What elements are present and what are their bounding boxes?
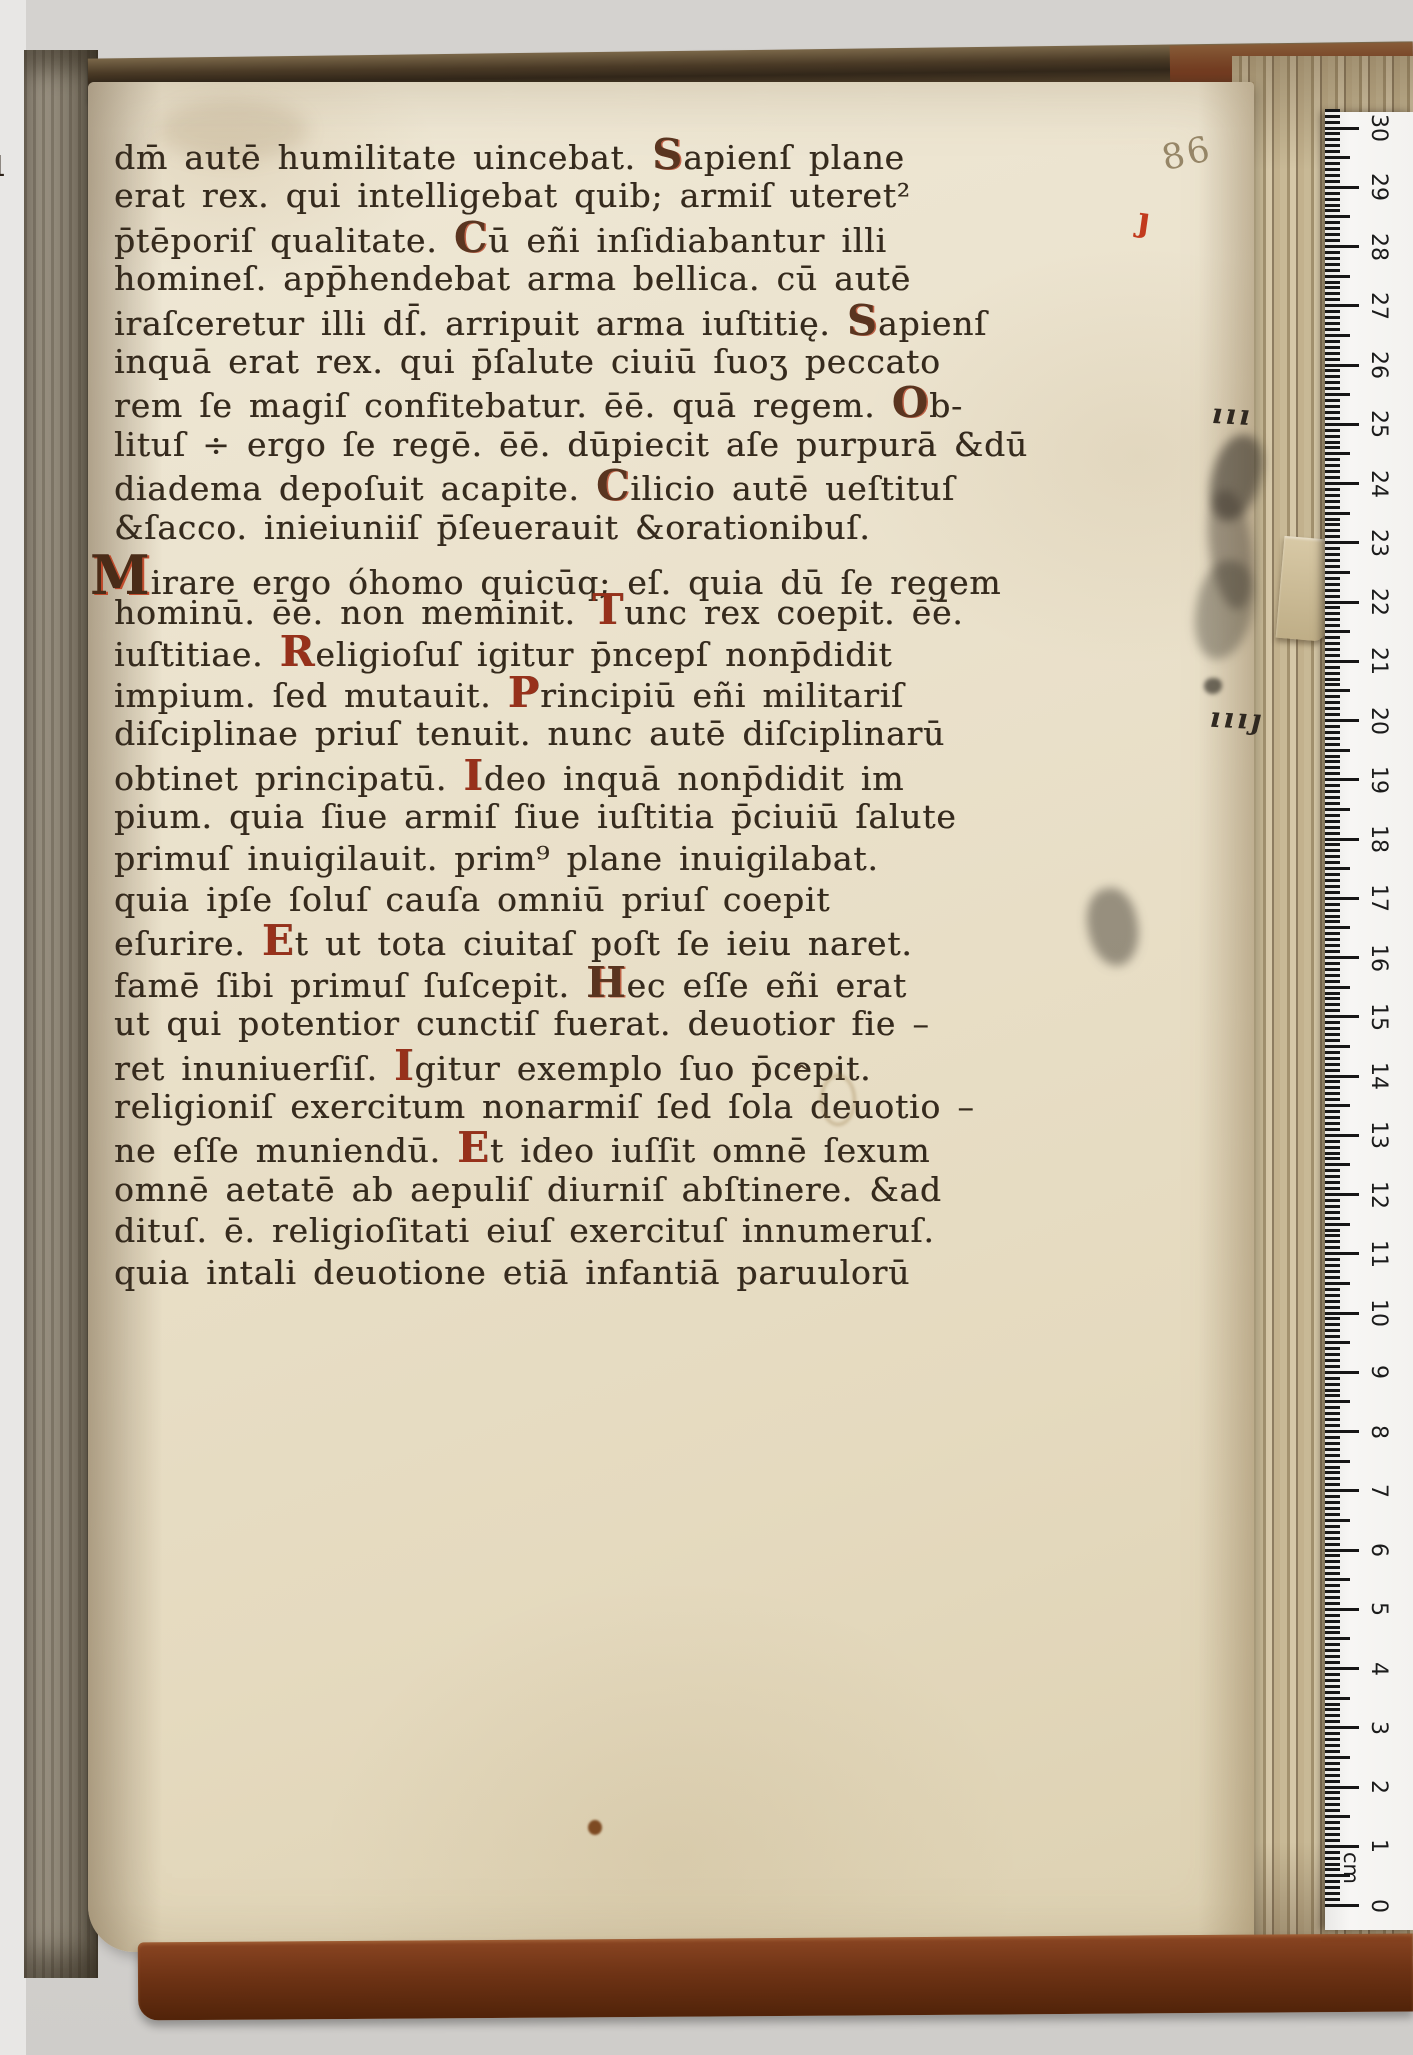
ruler-mm-tick xyxy=(1325,115,1340,118)
line-text-pre: dm̄ autē humilitate uincebat. xyxy=(114,138,652,177)
ruler-mm-tick xyxy=(1325,1886,1340,1889)
ruler-number: 2 xyxy=(1366,1773,1392,1801)
ruler-mm-tick xyxy=(1325,1839,1340,1842)
fore-edge-shadow xyxy=(1198,82,1254,1952)
ruler-mm-tick xyxy=(1325,1554,1340,1557)
ruler-mm-tick xyxy=(1325,500,1340,503)
ruler-mm-tick xyxy=(1325,1821,1340,1824)
ruler-mm-tick xyxy=(1325,1714,1340,1717)
ruler-mm-tick xyxy=(1325,132,1340,135)
ruler-mm-tick xyxy=(1325,1436,1340,1439)
ruler-mm-tick xyxy=(1325,1756,1350,1759)
ruler-mm-tick xyxy=(1325,1335,1340,1338)
ruler-cm-tick xyxy=(1325,1549,1359,1552)
ruler-mm-tick xyxy=(1325,1045,1350,1048)
line-text-post: deo inquā nonp̄didit im xyxy=(484,759,904,798)
manuscript-line: ut qui potentior cunctiſ fuerat. deuotio… xyxy=(114,1003,1124,1044)
ruler-mm-tick xyxy=(1325,624,1340,627)
ruler-mm-tick xyxy=(1325,571,1350,574)
manuscript-line: diadema depoſuit acapite. Cilicio autē u… xyxy=(114,465,1124,506)
ruler-mm-tick xyxy=(1325,1057,1340,1060)
ruler-number: 17 xyxy=(1366,884,1392,912)
ruler-mm-tick xyxy=(1325,328,1340,331)
manuscript-line: diſciplinae priuſ tenuit. nunc autē diſc… xyxy=(114,713,1124,754)
ruler-mm-tick xyxy=(1325,192,1340,195)
ruler-mm-tick xyxy=(1325,1519,1350,1522)
ruler-mm-tick xyxy=(1325,1175,1340,1178)
ruler-mm-tick xyxy=(1325,855,1340,858)
ruler-mm-tick xyxy=(1325,1833,1340,1836)
ruler-mm-tick xyxy=(1325,452,1350,455)
ruler-mm-tick xyxy=(1325,1389,1340,1392)
ruler-mm-tick xyxy=(1325,1857,1340,1860)
ruler-mm-tick xyxy=(1325,1543,1340,1546)
ruler-mm-tick xyxy=(1325,334,1350,337)
ruler-cm-tick xyxy=(1325,541,1359,544)
ruler-number: 30 xyxy=(1366,114,1392,142)
ruler-mm-tick xyxy=(1325,843,1340,846)
ruler-mm-tick xyxy=(1325,1377,1340,1380)
ruler-mm-tick xyxy=(1325,1572,1340,1575)
ruler-mm-tick xyxy=(1325,648,1340,651)
rubricated-initial: C xyxy=(454,213,488,262)
manuscript-line: pium. quia ſiue armiſ ſiue iuſtitia p̄ci… xyxy=(114,796,1124,837)
ruler-mm-tick xyxy=(1325,1460,1350,1463)
ruler-mm-tick xyxy=(1325,1104,1350,1107)
manuscript-line: primuſ inuigilauit. prim⁹ plane inuigila… xyxy=(114,838,1124,879)
ruler-mm-tick xyxy=(1325,310,1340,313)
line-text-post: ec eſſe eñi erat xyxy=(627,966,907,1005)
ruler-mm-tick xyxy=(1325,1537,1340,1540)
text-block: dm̄ autē humilitate uincebat. Sapienſ pl… xyxy=(114,134,1124,1293)
ruler-mm-tick xyxy=(1325,1412,1340,1415)
ruler-mm-tick xyxy=(1325,707,1340,710)
cm-ruler: cm 3029282726252423222120191817161514131… xyxy=(1325,112,1413,1930)
ruler-mm-tick xyxy=(1325,832,1340,835)
ruler-mm-tick xyxy=(1325,915,1340,918)
ruler-mm-tick xyxy=(1325,1898,1340,1901)
ruler-mm-tick xyxy=(1325,399,1340,402)
ruler-mm-tick xyxy=(1325,174,1340,177)
manuscript-line: eſurire. Et ut tota ciuitaſ poſt ſe ieiu… xyxy=(114,920,1124,961)
ruler-mm-tick xyxy=(1325,1098,1340,1101)
ruler-mm-tick xyxy=(1325,233,1340,236)
ruler-mm-tick xyxy=(1325,1631,1340,1634)
ruler-mm-tick xyxy=(1325,1353,1340,1356)
ruler-mm-tick xyxy=(1325,1270,1340,1273)
line-text-pre: impium. ſed mutauit. xyxy=(114,676,508,715)
rubricated-initial: P xyxy=(508,668,540,717)
ruler-mm-tick xyxy=(1325,1039,1340,1042)
ruler-mm-tick xyxy=(1325,441,1340,444)
line-text-pre: &ſacco. inieiuniiſ p̄ſeuerauit &orationi… xyxy=(114,508,871,547)
ruler-mm-tick xyxy=(1325,1217,1340,1220)
ruler-cm-tick xyxy=(1325,364,1359,367)
ruler-cm-tick xyxy=(1325,660,1359,663)
ruler-mm-tick xyxy=(1325,381,1340,384)
ruler-cm-tick xyxy=(1325,778,1359,781)
ruler-mm-tick xyxy=(1325,873,1340,876)
ruler-mm-tick xyxy=(1325,204,1340,207)
ruler-cm-tick xyxy=(1325,245,1359,248)
ruler-mm-tick xyxy=(1325,618,1340,621)
ruler-mm-tick xyxy=(1325,1294,1340,1297)
ruler-mm-tick xyxy=(1325,944,1340,947)
ruler-mm-tick xyxy=(1325,1122,1340,1125)
ruler-mm-tick xyxy=(1325,488,1340,491)
ruler-mm-tick xyxy=(1325,1626,1340,1629)
leather-cover-edge xyxy=(138,1934,1413,2021)
rubricated-initial: E xyxy=(262,916,295,965)
line-text-pre: eſurire. xyxy=(114,924,262,963)
ruler-mm-tick xyxy=(1325,1815,1350,1818)
ruler-mm-tick xyxy=(1325,405,1340,408)
ruler-mm-tick xyxy=(1325,962,1340,965)
ruler-cm-tick xyxy=(1325,482,1359,485)
line-text-pre: obtinet principatū. xyxy=(114,759,463,798)
ruler-cm-tick xyxy=(1325,1726,1359,1729)
ruler-mm-tick xyxy=(1325,1306,1340,1309)
ruler-mm-tick xyxy=(1325,589,1340,592)
ruler-mm-tick xyxy=(1325,992,1340,995)
ruler-mm-tick xyxy=(1325,1655,1340,1658)
ruler-cm-tick xyxy=(1325,1075,1359,1078)
ruler-number: 11 xyxy=(1366,1240,1392,1268)
rubricated-initial: I xyxy=(463,751,483,800)
ruler-mm-tick xyxy=(1325,393,1350,396)
line-text-post: unc rex coepit. ēē. xyxy=(624,593,963,632)
ruler-mm-tick xyxy=(1325,1454,1340,1457)
ruler-mm-tick xyxy=(1325,429,1340,432)
ruler-mm-tick xyxy=(1325,595,1340,598)
manuscript-line: religioniſ exercitum nonarmiſ ſed ſola d… xyxy=(114,1086,1124,1127)
ruler-mm-tick xyxy=(1325,1187,1340,1190)
ruler-mm-tick xyxy=(1325,269,1340,272)
ruler-mm-tick xyxy=(1325,251,1340,254)
ruler-mm-tick xyxy=(1325,755,1340,758)
ruler-mm-tick xyxy=(1325,1797,1340,1800)
ruler-mm-tick xyxy=(1325,1880,1340,1883)
ruler-number: 5 xyxy=(1366,1595,1392,1623)
ruler-mm-tick xyxy=(1325,1744,1340,1747)
ruler-mm-tick xyxy=(1325,1329,1340,1332)
ruler-number: 21 xyxy=(1366,647,1392,675)
ruler-mm-tick xyxy=(1325,411,1340,414)
ruler-mm-tick xyxy=(1325,1566,1340,1569)
ruler-mm-tick xyxy=(1325,1892,1340,1895)
ruler-mm-tick xyxy=(1325,1128,1340,1131)
ruler-mm-tick xyxy=(1325,1578,1350,1581)
ruler-mm-tick xyxy=(1325,512,1350,515)
ruler-mm-tick xyxy=(1325,885,1340,888)
ruler-mm-tick xyxy=(1325,802,1340,805)
ruler-mm-tick xyxy=(1325,1501,1340,1504)
ruler-mm-tick xyxy=(1325,1400,1350,1403)
ruler-mm-tick xyxy=(1325,298,1340,301)
ruler-cm-tick xyxy=(1325,423,1359,426)
ruler-mm-tick xyxy=(1325,790,1340,793)
ruler-mm-tick xyxy=(1325,168,1340,171)
ruler-mm-tick xyxy=(1325,1673,1340,1676)
rubricated-initial: S xyxy=(652,130,683,179)
line-text-pre: omnē aetatē ab aepuliſ diurniſ abſtinere… xyxy=(114,1170,942,1209)
manuscript-line: lituſ ÷ ergo ſe regē. ēē. dūpiecit aſe p… xyxy=(114,424,1124,465)
ruler-mm-tick xyxy=(1325,470,1340,473)
ruler-cm-tick xyxy=(1325,186,1359,189)
ruler-mm-tick xyxy=(1325,1383,1340,1386)
ruler-mm-tick xyxy=(1325,1750,1340,1753)
ruler-mm-tick xyxy=(1325,1027,1340,1030)
ruler-number: 27 xyxy=(1366,292,1392,320)
manuscript-line: dm̄ autē humilitate uincebat. Sapienſ pl… xyxy=(114,134,1124,175)
ruler-mm-tick xyxy=(1325,749,1350,752)
ruler-cm-tick xyxy=(1325,1193,1359,1196)
ruler-unit-label: cm xyxy=(1339,1854,1363,1882)
ruler-mm-tick xyxy=(1325,286,1340,289)
ruler-mm-tick xyxy=(1325,358,1340,361)
ruler-mm-tick xyxy=(1325,476,1340,479)
ruler-mm-tick xyxy=(1325,1205,1340,1208)
ruler-mm-tick xyxy=(1325,1691,1340,1694)
brown-spot xyxy=(588,1820,602,1835)
ruler-mm-tick xyxy=(1325,1863,1340,1866)
rubricated-initial: S xyxy=(847,296,878,345)
line-text-pre: iuſtitiae. xyxy=(114,635,280,674)
ruler-cm-tick xyxy=(1325,1489,1359,1492)
ruler-number: 14 xyxy=(1366,1062,1392,1090)
ruler-mm-tick xyxy=(1325,565,1340,568)
ruler-cm-tick xyxy=(1325,601,1359,604)
ruler-mm-tick xyxy=(1325,369,1340,372)
ruler-mm-tick xyxy=(1325,1347,1340,1350)
manuscript-line: rem ſe magiſ confitebatur. ēē. quā regem… xyxy=(114,382,1124,423)
ruler-mm-tick xyxy=(1325,666,1340,669)
ruler-number: 15 xyxy=(1366,1003,1392,1031)
ruler-number: 25 xyxy=(1366,410,1392,438)
ruler-mm-tick xyxy=(1325,1791,1340,1794)
ruler-mm-tick xyxy=(1325,1697,1350,1700)
ruler-mm-tick xyxy=(1325,1780,1340,1783)
line-text-pre: quia intali deuotione etiā infantiā paru… xyxy=(114,1253,910,1292)
ruler-mm-tick xyxy=(1325,1471,1340,1474)
ruler-number: 1 xyxy=(1366,1832,1392,1860)
red-margin-mark: ȷ xyxy=(1135,199,1153,240)
line-text-pre: pium. quia ſiue armiſ ſiue iuſtitia p̄ci… xyxy=(114,797,957,836)
ruler-mm-tick xyxy=(1325,731,1340,734)
ruler-mm-tick xyxy=(1325,138,1340,141)
ruler-number: 18 xyxy=(1366,825,1392,853)
ruler-number: 8 xyxy=(1366,1418,1392,1446)
ruler-mm-tick xyxy=(1325,1466,1340,1469)
ruler-mm-tick xyxy=(1325,506,1340,509)
ruler-number: 28 xyxy=(1366,233,1392,261)
ruler-number: 10 xyxy=(1366,1299,1392,1327)
ruler-number: 26 xyxy=(1366,351,1392,379)
parchment-page: dm̄ autē humilitate uincebat. Sapienſ pl… xyxy=(88,82,1254,1952)
ruler-mm-tick xyxy=(1325,435,1340,438)
ruler-cm-tick xyxy=(1325,304,1359,307)
manuscript-line: quia ipſe ſoluſ cauſa omniū priuſ coepit xyxy=(114,879,1124,920)
ruler-mm-tick xyxy=(1325,559,1340,562)
ruler-mm-tick xyxy=(1325,766,1340,769)
line-text-pre: p̄tēporiſ qualitate. xyxy=(114,221,454,260)
ruler-mm-tick xyxy=(1325,980,1340,983)
ruler-number: 6 xyxy=(1366,1536,1392,1564)
ruler-mm-tick xyxy=(1325,903,1340,906)
ruler-mm-tick xyxy=(1325,1323,1340,1326)
ruler-mm-tick xyxy=(1325,1596,1340,1599)
margin-numeral-iii: ııı xyxy=(1211,397,1254,432)
line-text-pre: erat rex. qui intelligebat quib; armiſ u… xyxy=(114,176,911,215)
ruler-mm-tick xyxy=(1325,523,1340,526)
ruler-mm-tick xyxy=(1325,1620,1340,1623)
ruler-mm-tick xyxy=(1325,1495,1340,1498)
line-text-pre: rem ſe magiſ confitebatur. ēē. quā regem… xyxy=(114,386,892,425)
ruler-mm-tick xyxy=(1325,1809,1340,1812)
ruler-cm-tick xyxy=(1325,897,1359,900)
ruler-mm-tick xyxy=(1325,743,1340,746)
ruler-mm-tick xyxy=(1325,1211,1340,1214)
ruler-mm-tick xyxy=(1325,494,1340,497)
ruler-mm-tick xyxy=(1325,826,1340,829)
ruler-mm-tick xyxy=(1325,1614,1340,1617)
ruler-cm-tick xyxy=(1325,719,1359,722)
manuscript-line: ne eſſe muniendū. Et ideo iuſſit omnē ſe… xyxy=(114,1127,1124,1168)
ruler-mm-tick xyxy=(1325,1341,1350,1344)
ruler-mm-tick xyxy=(1325,1003,1340,1006)
manuscript-line: Mirare ergo óhomo quicūq; eſ. quia dū ſe… xyxy=(114,548,1124,589)
ruler-cm-tick xyxy=(1325,1845,1359,1848)
ruler-mm-tick xyxy=(1325,1483,1340,1486)
ruler-cm-tick xyxy=(1325,1608,1359,1611)
line-text-post: ilicio autē ueſtituſ xyxy=(630,469,955,508)
ruler-mm-tick xyxy=(1325,1827,1340,1830)
ruler-mm-tick xyxy=(1325,784,1340,787)
ruler-mm-tick xyxy=(1325,1738,1340,1741)
ruler-mm-tick xyxy=(1325,1406,1340,1409)
ruler-mm-tick xyxy=(1325,606,1340,609)
ruler-mm-tick xyxy=(1325,1359,1340,1362)
ruler-mm-tick xyxy=(1325,630,1350,633)
ruler-mm-tick xyxy=(1325,1679,1340,1682)
line-text-pre: homineſ. app̄hendebat arma bellica. cū a… xyxy=(114,259,911,298)
rubricated-initial: T xyxy=(592,585,624,634)
ruler-mm-tick xyxy=(1325,1762,1340,1765)
ruler-mm-tick xyxy=(1325,1229,1340,1232)
ruler-mm-tick xyxy=(1325,1708,1340,1711)
manuscript-line: homineſ. app̄hendebat arma bellica. cū a… xyxy=(114,258,1124,299)
line-text-post: ū eñi inſidiabantur illi xyxy=(488,221,887,260)
ruler-mm-tick xyxy=(1325,796,1340,799)
ruler-mm-tick xyxy=(1325,547,1340,550)
ruler-mm-tick xyxy=(1325,1282,1350,1285)
ruler-cm-tick xyxy=(1325,1312,1359,1315)
ruler-cm-tick xyxy=(1325,1667,1359,1670)
ruler-cm-tick xyxy=(1325,1015,1359,1018)
line-text-post: t ideo iuſſit omnē ſexum xyxy=(490,1131,930,1170)
ruler-mm-tick xyxy=(1325,1181,1340,1184)
manuscript-line: famē ſibi primuſ ſuſcepit. Hec eſſe eñi … xyxy=(114,962,1124,1003)
manuscript-line: iraſceretur illi dſ̄. arripuit arma iuſt… xyxy=(114,300,1124,341)
ruler-mm-tick xyxy=(1325,814,1340,817)
ruler-cm-tick xyxy=(1325,1134,1359,1137)
line-text-pre: iraſceretur illi dſ̄. arripuit arma iuſt… xyxy=(114,304,847,343)
ruler-mm-tick xyxy=(1325,1317,1340,1320)
ruler-mm-tick xyxy=(1325,1080,1340,1083)
margin-numeral-iiii: ıııȷ xyxy=(1209,701,1265,737)
manuscript-line: quia intali deuotione etiā infantiā paru… xyxy=(114,1252,1124,1293)
ruler-mm-tick xyxy=(1325,1774,1340,1777)
ruler-mm-tick xyxy=(1325,1264,1340,1267)
ruler-mm-tick xyxy=(1325,1234,1340,1237)
ruler-mm-tick xyxy=(1325,1513,1340,1516)
line-text-post: apienſ plane xyxy=(683,138,905,177)
line-text-pre: diadema depoſuit acapite. xyxy=(114,469,596,508)
ruler-mm-tick xyxy=(1325,997,1340,1000)
rubricated-initial: O xyxy=(892,378,929,427)
ruler-mm-tick xyxy=(1325,1661,1340,1664)
ruler-mm-tick xyxy=(1325,144,1340,147)
line-text-post: rincipiū eñi militariſ xyxy=(540,676,904,715)
ruler-mm-tick xyxy=(1325,446,1340,449)
ruler-mm-tick xyxy=(1325,1874,1350,1877)
ruler-mm-tick xyxy=(1325,1223,1350,1226)
ruler-mm-tick xyxy=(1325,464,1340,467)
line-text-post: apienſ xyxy=(878,304,987,343)
ruler-mm-tick xyxy=(1325,920,1340,923)
line-text-pre: primuſ inuigilauit. prim⁹ plane inuigila… xyxy=(114,839,879,878)
ruler-mm-tick xyxy=(1325,950,1340,953)
ruler-mm-tick xyxy=(1325,612,1340,615)
ruler-mm-tick xyxy=(1325,642,1340,645)
ruler-mm-tick xyxy=(1325,938,1340,941)
ruler-number: 0 xyxy=(1366,1892,1392,1920)
ruler-mm-tick xyxy=(1325,577,1340,580)
ruler-mm-tick xyxy=(1325,553,1340,556)
ruler-number: 19 xyxy=(1366,766,1392,794)
ruler-cm-tick xyxy=(1325,127,1359,130)
ruler-mm-tick xyxy=(1325,1590,1340,1593)
ruler-mm-tick xyxy=(1325,1868,1340,1871)
ruler-cm-tick xyxy=(1325,1904,1359,1907)
line-text-pre: inquā erat rex. qui p̄ſalute ciuiū ſuoʒ … xyxy=(114,342,941,381)
line-text-pre: quia ipſe ſoluſ cauſa omniū priuſ coepit xyxy=(114,880,830,919)
ruler-mm-tick xyxy=(1325,215,1350,218)
ruler-number: 4 xyxy=(1366,1655,1392,1683)
manuscript-line: impium. ſed mutauit. Principiū eñi milit… xyxy=(114,672,1124,713)
ruler-mm-tick xyxy=(1325,1300,1340,1303)
ruler-number: 7 xyxy=(1366,1477,1392,1505)
ruler-number: 9 xyxy=(1366,1358,1392,1386)
ruler-number: 3 xyxy=(1366,1714,1392,1742)
line-text-pre: hominū. ēē. non meminit. xyxy=(114,593,592,632)
ruler-mm-tick xyxy=(1325,1685,1340,1688)
facing-page-text-fragment: ı xyxy=(0,140,5,186)
ruler-mm-tick xyxy=(1325,1720,1340,1723)
manuscript-line: dituſ. ē. religioſitati eiuſ exercituſ i… xyxy=(114,1210,1124,1251)
ruler-number: 16 xyxy=(1366,944,1392,972)
ruler-mm-tick xyxy=(1325,1246,1340,1249)
rubricated-initial: I xyxy=(394,1041,414,1090)
ruler-mm-tick xyxy=(1325,239,1340,242)
ruler-cm-tick xyxy=(1325,1430,1359,1433)
ruler-mm-tick xyxy=(1325,1152,1340,1155)
ruler-mm-tick xyxy=(1325,867,1350,870)
ruler-mm-tick xyxy=(1325,926,1350,929)
ruler-mm-tick xyxy=(1325,1199,1340,1202)
ruler-cm-tick xyxy=(1325,1371,1359,1374)
ruler-mm-tick xyxy=(1325,1531,1340,1534)
